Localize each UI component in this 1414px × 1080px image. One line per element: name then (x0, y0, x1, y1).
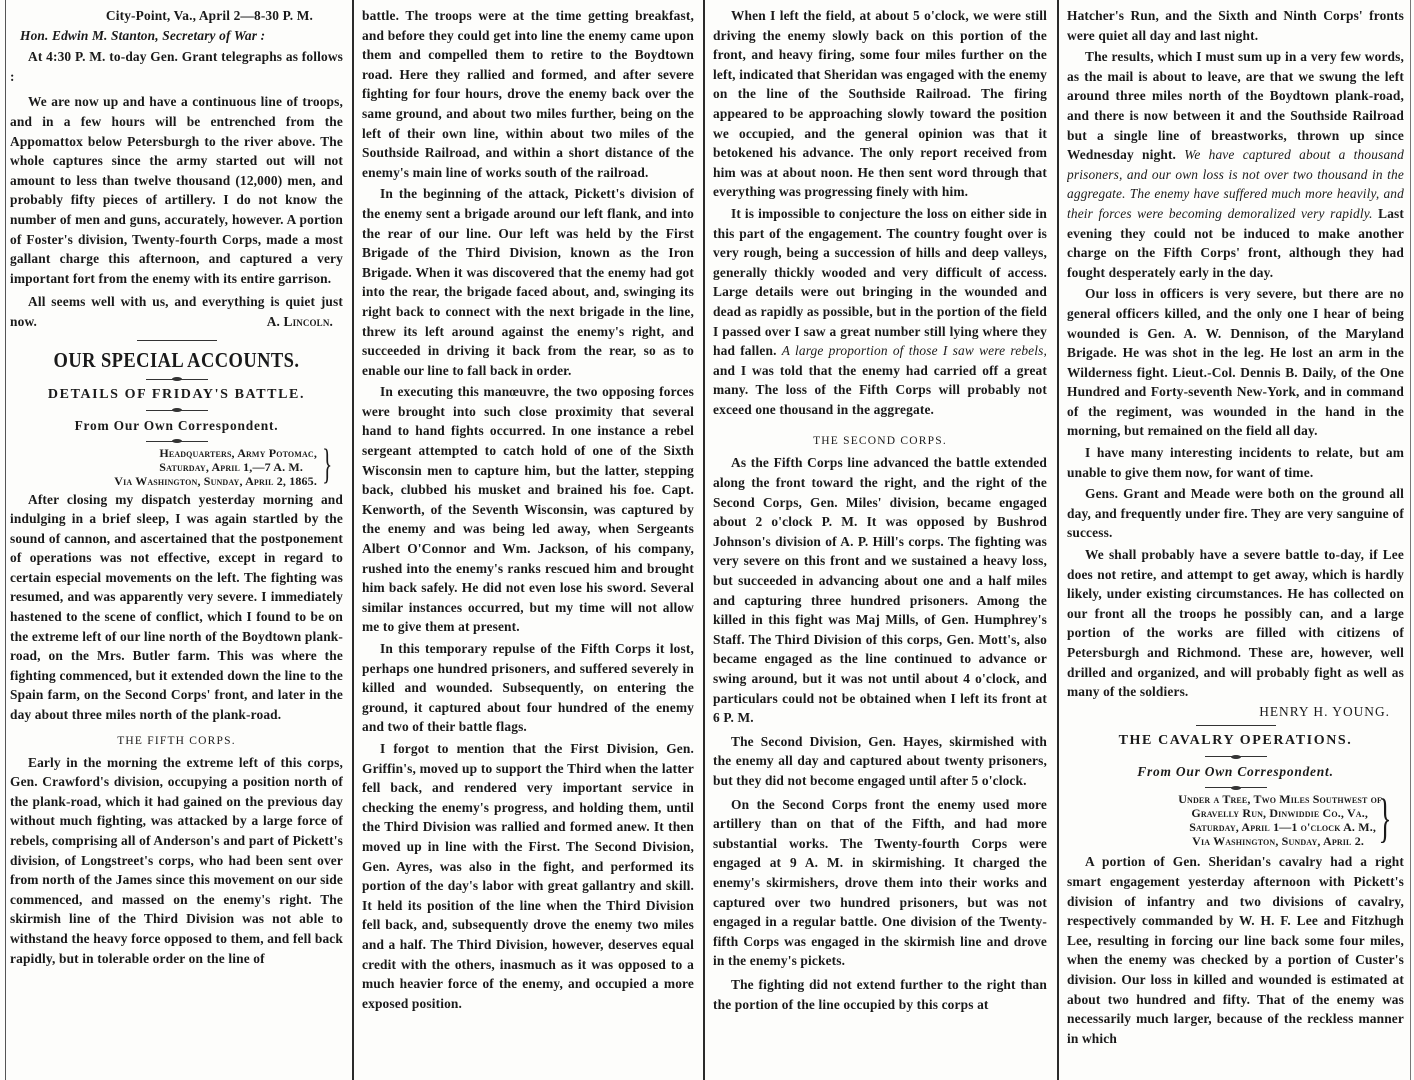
ornament-divider (1205, 756, 1267, 757)
paragraph: The fighting did not extend further to t… (713, 975, 1047, 1014)
paragraph: In the beginning of the attack, Pickett'… (362, 184, 694, 380)
ornament-divider (146, 441, 208, 442)
sub-headline: DETAILS OF FRIDAY'S BATTLE. (10, 384, 343, 406)
signature: HENRY H. YOUNG. (1067, 702, 1404, 722)
newspaper-page: City-Point, Va., April 2—8-30 P. M. Hon.… (0, 0, 1414, 1080)
column-rule (703, 0, 705, 1080)
sub-headline: THE CAVALRY OPERATIONS. (1067, 730, 1404, 752)
paragraph: After closing my dispatch yesterday morn… (10, 490, 343, 725)
section-heading: THE FIFTH CORPS. (10, 729, 343, 753)
column-rule (1057, 0, 1059, 1080)
column-rule (5, 0, 6, 1080)
column-rule (352, 0, 354, 1080)
section-heading: THE SECOND CORPS. (713, 429, 1047, 453)
paragraph: Our loss in officers is very severe, but… (1067, 284, 1404, 441)
column-2: battle. The troops were at the time gett… (362, 0, 694, 1080)
telegram-salutation: Hon. Edwin M. Stanton, Secretary of War … (10, 26, 343, 46)
column-3: When I left the field, at about 5 o'cloc… (713, 0, 1047, 1080)
paragraph: When I left the field, at about 5 o'cloc… (713, 6, 1047, 202)
paragraph: I forgot to mention that the First Divis… (362, 739, 694, 1013)
paragraph: We shall probably have a severe battle t… (1067, 545, 1404, 702)
paragraph: The Second Division, Gen. Hayes, skirmis… (713, 732, 1047, 791)
paragraph: In this temporary repulse of the Fifth C… (362, 639, 694, 737)
paragraph: It is impossible to conjecture the loss … (713, 204, 1047, 420)
main-headline: OUR SPECIAL ACCOUNTS. (30, 345, 323, 375)
headquarters-dateline: Headquarters, Army Potomac, Saturday, Ap… (10, 446, 343, 488)
column-rule (1410, 0, 1411, 1080)
paragraph: Hatcher's Run, and the Sixth and Ninth C… (1067, 6, 1404, 45)
paragraph: We are now up and have a continuous line… (10, 92, 343, 288)
paragraph: In executing this manœuvre, the two oppo… (362, 382, 694, 637)
column-1: City-Point, Va., April 2—8-30 P. M. Hon.… (10, 0, 343, 1080)
italic-text: A large proportion of those I saw were r… (782, 343, 1047, 358)
column-4: Hatcher's Run, and the Sixth and Ninth C… (1067, 0, 1404, 1080)
correspondent-line: From Our Own Correspondent. (10, 415, 343, 437)
paragraph: As the Fifth Corps line advanced the bat… (713, 453, 1047, 727)
ornament-divider (1205, 787, 1267, 788)
divider (1196, 725, 1276, 726)
brace-icon: } (322, 446, 332, 488)
paragraph: At 4:30 P. M. to-day Gen. Grant telegrap… (10, 47, 343, 86)
paragraph: Gens. Grant and Meade were both on the g… (1067, 484, 1404, 543)
paragraph: On the Second Corps front the enemy used… (713, 795, 1047, 971)
paragraph: battle. The troops were at the time gett… (362, 6, 694, 182)
paragraph: I have many interesting incidents to rel… (1067, 443, 1404, 482)
signature: A. Lincoln. (10, 312, 343, 332)
telegram-dateline: City-Point, Va., April 2—8-30 P. M. (10, 6, 343, 26)
paragraph: A portion of Gen. Sheridan's cavalry had… (1067, 852, 1404, 1048)
paragraph: Early in the morning the extreme left of… (10, 753, 343, 969)
paragraph: The results, which I must sum up in a ve… (1067, 47, 1404, 282)
divider (137, 340, 217, 341)
ornament-divider (146, 379, 208, 380)
brace-icon: } (1378, 792, 1391, 848)
ornament-divider (146, 410, 208, 411)
cavalry-dateline: Under a Tree, Two Miles Southwest of Gra… (1067, 792, 1404, 848)
correspondent-line: From Our Own Correspondent. (1067, 761, 1404, 783)
